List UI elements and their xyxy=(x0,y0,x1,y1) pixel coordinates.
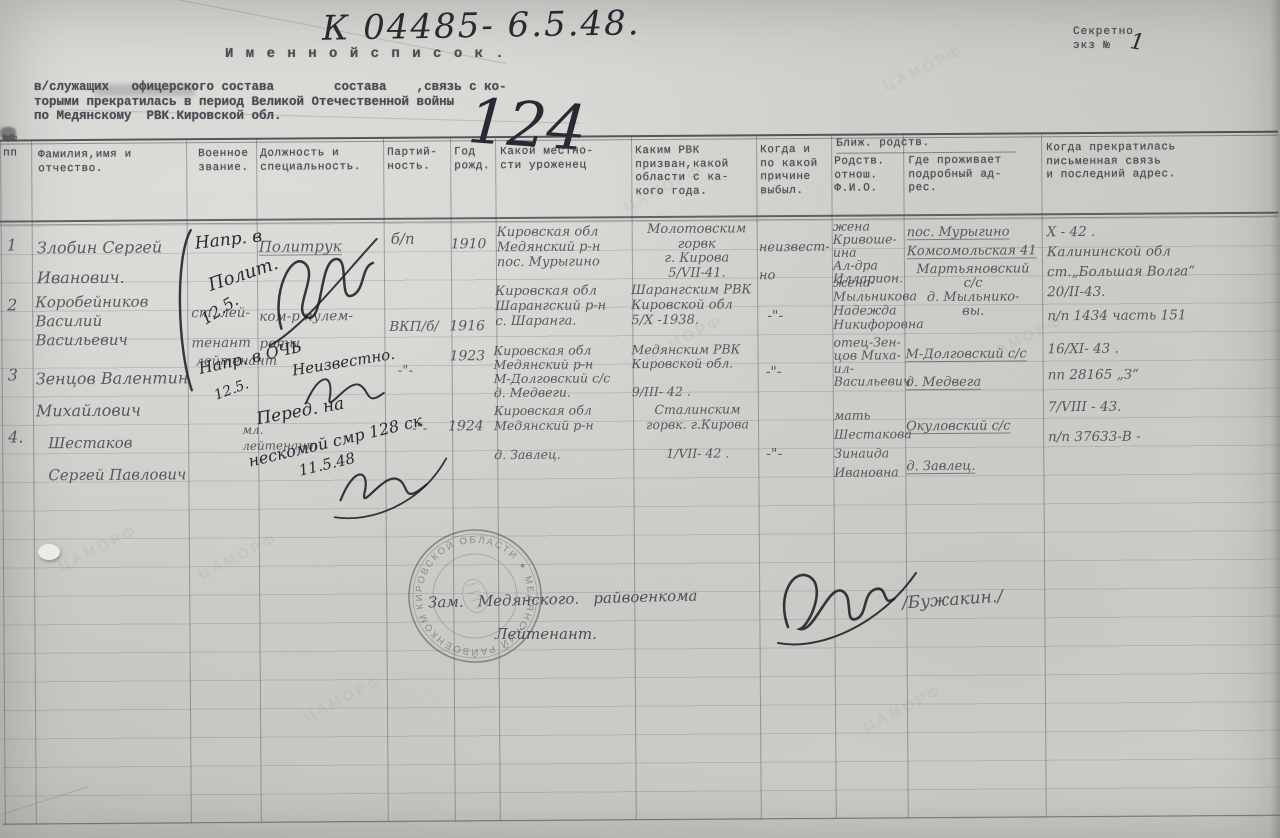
table: №№ пп Фамилия,имя и отчество. Военное зв… xyxy=(0,0,1280,838)
row-birthplace: Кировская обл Медянский р-н пос. Мурыгин… xyxy=(497,224,632,270)
row-birthplace: Кировская обл Шарангский р-н с. Шаранга. xyxy=(495,283,635,329)
header-relative: Родств. отнош. Ф.И.О. xyxy=(834,155,900,196)
row-relative-address: Мартьяновский с/с д. Мыльнико- вы. xyxy=(905,262,1041,319)
header-position: Должность и специальность. xyxy=(260,147,385,175)
header-relatives-group: Ближ. родств. xyxy=(836,136,1016,153)
row-birth-year: 1910 xyxy=(451,236,496,252)
header-num: №№ пп xyxy=(3,133,31,160)
row-drafted-by: Медянским РВК Кировской обл. 9/III- 42 . xyxy=(631,342,759,399)
scanned-document: ЦАМОРФ ЦАМОРФ ЦАМОРФ ЦАМОРФ ЦАМОРФ ЦАМОР… xyxy=(0,0,1280,838)
row-relative-address: пос. Мурыгино Комсомольская 41 xyxy=(907,222,1042,261)
header-left-service: Когда и по какой причине выбыл. xyxy=(760,144,830,198)
row-drafted-by: Сталинским горвк. г.Кирова 1/VII- 42 . xyxy=(630,402,765,461)
page-edge-shadow xyxy=(1270,0,1280,838)
header-relative-address: Где проживает подробный ад- рес. xyxy=(908,154,1038,195)
row-party: ВКП/б/ xyxy=(389,318,449,334)
header-birthplace: Какой местно- сти уроженец xyxy=(500,145,625,173)
row-relative-address: М-Долговский с/с д. Медвега xyxy=(905,340,1045,397)
row-left-service: -"- xyxy=(767,308,827,324)
ink-signature xyxy=(261,233,382,354)
header-rank: Военное звание. xyxy=(198,148,268,175)
row-relative: мать Шестакова Зинаида Ивановна xyxy=(834,405,913,482)
row-num: 4. xyxy=(8,427,36,446)
header-drafted-by: Каким РВК призван,какой области с ка- ко… xyxy=(635,144,755,199)
row-name: Злобин Сергей Иванович. xyxy=(37,232,192,293)
header-last-contact: Когда прекратилась письменная связь и по… xyxy=(1046,141,1261,183)
svg-text:КИРОВСКОЙ ОБЛАСТИ ✦ МЕДЯНСКИ: КИРОВСКОЙ ОБЛАСТИ ✦ МЕДЯНСКИЙ РАЙВОЕНКОМ… xyxy=(366,500,551,679)
row-party: -"- xyxy=(398,362,448,378)
row-birth-year: 1923 xyxy=(450,348,498,364)
row-last-contact: 16/XI- 43 . пп 28165 „З“ xyxy=(1047,335,1272,389)
row-num: 2 xyxy=(7,295,31,314)
row-party: б/п xyxy=(391,230,436,248)
ink-signature xyxy=(330,444,451,525)
row-left-service: -"- xyxy=(766,364,826,380)
row-relative: жена- Мыльникова Надежда Никифоровна xyxy=(833,275,907,332)
row-left-service: -"- xyxy=(766,446,826,462)
row-relative-address: Окуловский с/с д. Завлец. xyxy=(906,406,1052,487)
row-relative: отец-Зен- цов Миха- ил- Васильевич xyxy=(833,335,909,388)
row-left-service: неизвест- но xyxy=(759,234,831,291)
row-birth-year: 1916 xyxy=(449,318,494,334)
row-last-contact: 20/II-43. п/п 1434 часть 151 xyxy=(1047,279,1272,329)
row-name: Шестаков Сергей Павлович xyxy=(48,426,223,491)
row-birth-year: 1924 xyxy=(448,418,496,434)
row-drafted-by: Молотовским горвк г. Кирова 5/VII-41. xyxy=(637,222,757,281)
signature-rank: Лейтенант. xyxy=(495,625,597,643)
header-party: Партий- ность. xyxy=(387,146,449,173)
row-name: Коробейников Василий Васильевич xyxy=(35,292,190,350)
header-name: Фамилия,имя и отчество. xyxy=(38,148,183,176)
ink-bracket-stroke xyxy=(173,228,196,392)
row-num: 3 xyxy=(8,365,32,384)
row-birthplace: Кировская обл Медянский р-н д. Завлец. xyxy=(494,403,642,462)
commissar-signature xyxy=(770,555,920,655)
row-num: 1 xyxy=(7,235,31,254)
row-last-contact: X - 42 . Калининской обл ст.„Большая Вол… xyxy=(1047,221,1272,283)
header-birth-year: Год рожд. xyxy=(454,146,496,173)
row-birthplace: Кировская обл Медянский р-н М-Долговский… xyxy=(493,343,638,400)
row-drafted-by: Шарангским РВК Кировской обл 5/X -1938. xyxy=(631,282,761,328)
stamp-text: КИРОВСКОЙ ОБЛАСТИ ✦ МЕДЯНСКИЙ РАЙВОЕНКОМ… xyxy=(366,500,551,679)
row-last-contact: 7/VIII - 43. п/п 37633-В - xyxy=(1048,391,1278,453)
